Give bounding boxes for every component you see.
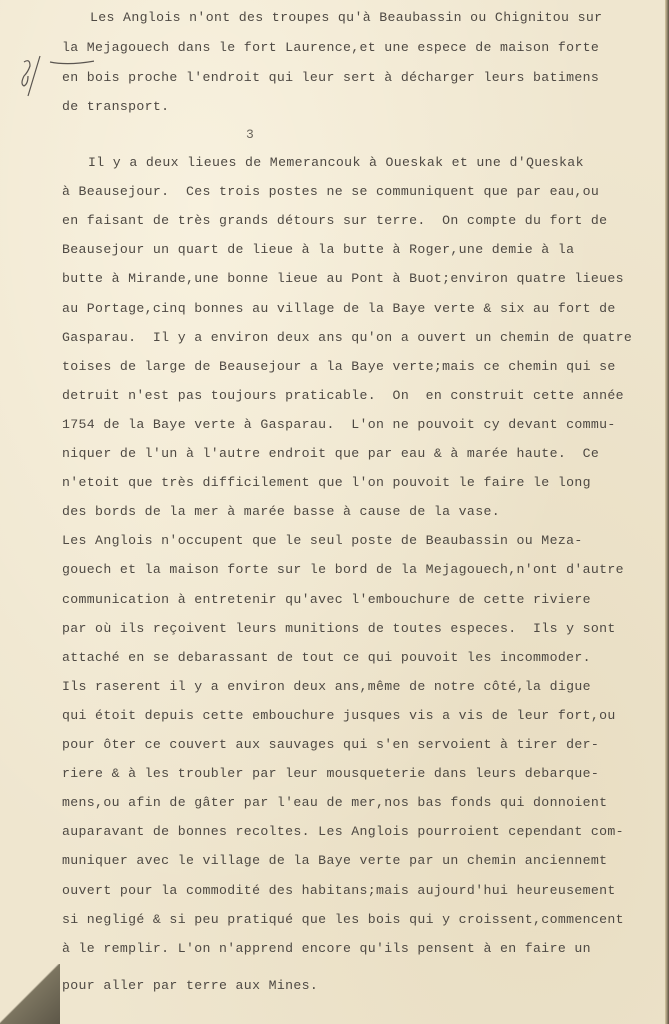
text-line: Il y a deux lieues de Memerancouk à Oues… <box>88 155 584 171</box>
text-line: toises de large de Beausejour a la Baye … <box>62 359 616 375</box>
text-line: butte à Mirande,une bonne lieue au Pont … <box>62 271 624 287</box>
text-line: communication à entretenir qu'avec l'emb… <box>62 592 591 608</box>
text-line: pour aller par terre aux Mines. <box>62 978 318 994</box>
text-line: en bois proche l'endroit qui leur sert à… <box>62 70 599 86</box>
text-line: par où ils reçoivent leurs munitions de … <box>62 621 616 637</box>
document-page: 3 Les Anglois n'ont des troupes qu'à Bea… <box>0 0 669 1024</box>
text-line: muniquer avec le village de la Baye vert… <box>62 853 607 869</box>
page-number: 3 <box>246 127 254 142</box>
text-line: n'etoit que très difficilement que l'on … <box>62 475 591 491</box>
text-line: ouvert pour la commodité des habitans;ma… <box>62 883 616 899</box>
text-line: mens,ou afin de gâter par l'eau de mer,n… <box>62 795 607 811</box>
text-line: qui étoit depuis cette embouchure jusque… <box>62 708 616 724</box>
text-line: riere & à les troubler par leur mousquet… <box>62 766 599 782</box>
text-line: niquer de l'un à l'autre endroit que par… <box>62 446 599 462</box>
text-line: en faisant de très grands détours sur te… <box>62 213 607 229</box>
text-line: de transport. <box>62 99 169 115</box>
text-line: auparavant de bonnes recoltes. Les Anglo… <box>62 824 624 840</box>
text-line: detruit n'est pas toujours praticable. O… <box>62 388 624 404</box>
text-line: attaché en se debarassant de tout ce qui… <box>62 650 591 666</box>
text-line: la Mejagouech dans le fort Laurence,et u… <box>62 40 599 56</box>
text-line: si negligé & si peu pratiqué que les boi… <box>62 912 624 928</box>
page-corner-fold <box>0 964 60 1024</box>
text-line: au Portage,cinq bonnes au village de la … <box>62 301 616 317</box>
text-line: gouech et la maison forte sur le bord de… <box>62 562 624 578</box>
page-edge-shadow <box>665 0 669 1024</box>
text-line: Ils raserent il y a environ deux ans,mêm… <box>62 679 591 695</box>
text-line: Les Anglois n'ont des troupes qu'à Beaub… <box>90 10 602 26</box>
text-line: Beausejour un quart de lieue à la butte … <box>62 242 574 258</box>
text-line: Gasparau. Il y a environ deux ans qu'on … <box>62 330 632 346</box>
text-line: à le remplir. L'on n'apprend encore qu'i… <box>62 941 591 957</box>
text-line: à Beausejour. Ces trois postes ne se com… <box>62 184 599 200</box>
text-line: 1754 de la Baye verte à Gasparau. L'on n… <box>62 417 616 433</box>
text-line: des bords de la mer à marée basse à caus… <box>62 504 500 520</box>
text-line: Les Anglois n'occupent que le seul poste… <box>62 533 583 549</box>
text-line: pour ôter ce couvert aux sauvages qui s'… <box>62 737 599 753</box>
